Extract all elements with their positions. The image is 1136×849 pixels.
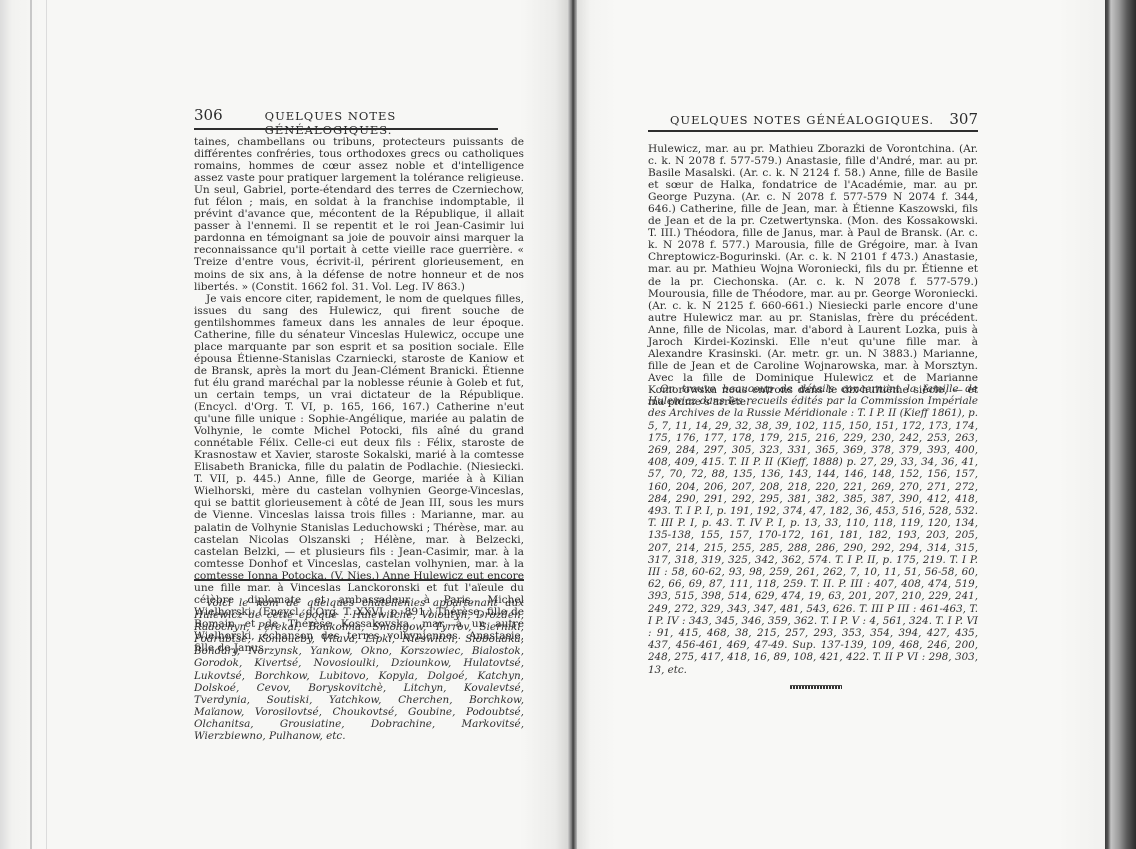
book-cover-edge bbox=[1105, 0, 1136, 849]
header-rule bbox=[648, 130, 978, 132]
tail-piece-ornament bbox=[790, 685, 842, 689]
right-page-header: QUELQUES NOTES GÉNÉALOGIQUES. 307 bbox=[648, 110, 978, 128]
paragraph: taines, chambellans ou tribuns, protecte… bbox=[194, 136, 524, 293]
page-number: 306 bbox=[194, 106, 223, 124]
book-gutter bbox=[568, 0, 577, 849]
running-head: QUELQUES NOTES GÉNÉALOGIQUES. bbox=[265, 109, 498, 137]
left-page: 306 QUELQUES NOTES GÉNÉALOGIQUES. taines… bbox=[0, 0, 568, 849]
page-number: 307 bbox=[949, 110, 978, 128]
footnote: Voici le nom de quelques châtellenies ap… bbox=[194, 597, 524, 742]
book-spread: 306 QUELQUES NOTES GÉNÉALOGIQUES. taines… bbox=[0, 0, 1136, 849]
paragraph: Hulewicz, mar. au pr. Mathieu Zborazki d… bbox=[648, 143, 978, 408]
footnote-text: Voici le nom de quelques châtellenies ap… bbox=[194, 597, 524, 742]
right-body-text: Hulewicz, mar. au pr. Mathieu Zborazki d… bbox=[648, 143, 978, 408]
archive-references-note: On trouve beaucoup de détails concernant… bbox=[648, 383, 978, 676]
note-text: On trouve beaucoup de détails concernant… bbox=[648, 383, 978, 676]
left-body-text: taines, chambellans ou tribuns, protecte… bbox=[194, 136, 524, 654]
running-head: QUELQUES NOTES GÉNÉALOGIQUES. bbox=[670, 113, 934, 127]
left-page-header: 306 QUELQUES NOTES GÉNÉALOGIQUES. bbox=[194, 106, 498, 137]
footnote-rule bbox=[194, 579, 524, 581]
header-rule bbox=[194, 128, 498, 130]
